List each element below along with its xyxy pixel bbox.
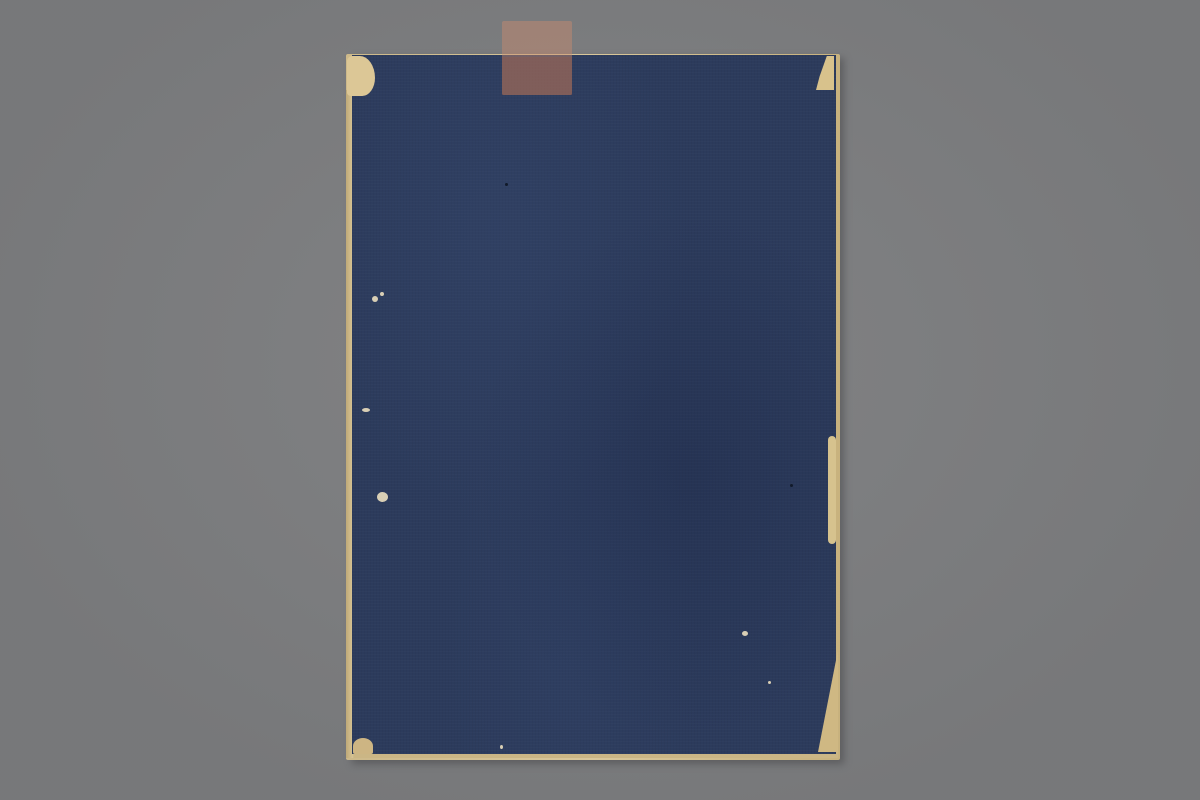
cover-damage-spot <box>372 296 378 302</box>
cover-damage-spot <box>790 484 793 487</box>
blue-cover <box>352 55 836 754</box>
worn-corner-bottom-left <box>353 738 373 754</box>
cover-damage-spot <box>380 292 384 296</box>
cover-damage-spot <box>768 681 771 684</box>
cover-damage-spot <box>377 492 388 502</box>
worn-edge-right <box>828 436 836 544</box>
cover-damage-spot <box>505 183 508 186</box>
worn-corner-top-left <box>347 56 375 96</box>
cover-damage-spot <box>500 745 503 749</box>
watermark-stamp-lower <box>502 57 572 95</box>
cover-damage-spot <box>362 408 370 412</box>
cover-damage-spot <box>742 631 748 636</box>
